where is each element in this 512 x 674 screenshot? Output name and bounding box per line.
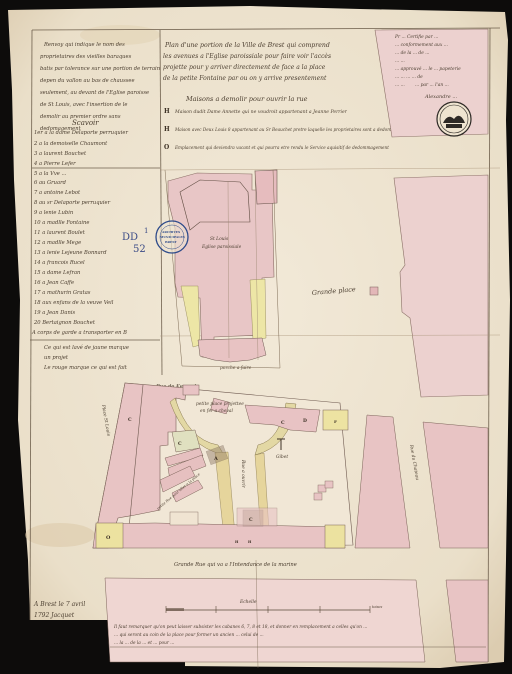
legend-entry: 8 au sr Delaporte perruquier bbox=[34, 200, 111, 206]
church-subtitle: Eglise paroissiale bbox=[201, 245, 242, 250]
legend-intro-0: Renvoy qui indique le nom des bbox=[43, 42, 125, 48]
archive-code-number: 52 bbox=[133, 244, 146, 255]
legend-entry: 17 a mathurin Gratas bbox=[34, 290, 91, 296]
cert-line: ... ... bbox=[395, 83, 405, 88]
legend-entry: 20 Bertaignon Bouchet bbox=[33, 320, 96, 326]
seal-icon bbox=[437, 102, 471, 136]
legend-intro-4: seulement, au devant de l'Eglise paroiss… bbox=[40, 90, 149, 96]
legend-entry: 18 aux enfans de la veuve Veil bbox=[34, 300, 114, 306]
legend-entry: 15 a dame Lefran bbox=[34, 270, 80, 276]
item-text: Maison avec Deux Louis 8 appartenant au … bbox=[174, 127, 402, 132]
footer-year: 1792 Jacquet bbox=[34, 612, 75, 619]
legend-note-c: un projet bbox=[44, 355, 69, 361]
legend-entry: 6 au Gruard bbox=[34, 180, 67, 186]
small-parcel bbox=[370, 287, 378, 295]
cert-date: ... par ... l'an ... bbox=[415, 83, 449, 88]
footer-note-line: ... la ... de la ... et ... pour ... bbox=[114, 641, 174, 646]
legend-entry: 3 a laurent Bouchet bbox=[34, 151, 87, 157]
legend-note-d: Le rouge marque ce qui est fait bbox=[43, 365, 128, 371]
item-mark: H bbox=[164, 108, 170, 115]
scale-title: Echelle bbox=[239, 600, 257, 605]
legend-intro-2: batis par tolerance sur une portion de t… bbox=[40, 66, 160, 72]
fer-a-cheval-label: en fer a cheval bbox=[200, 409, 234, 414]
stamp-line: MUNICIPALES bbox=[160, 235, 185, 239]
legend-entry: 12 a madlle Mege bbox=[34, 240, 81, 246]
parcel-mark: C bbox=[249, 517, 253, 523]
archive-stamp: ARCHIVES MUNICIPALES BREST bbox=[156, 221, 188, 253]
item-text: Emplacement qui deviendra vacant et qui … bbox=[174, 145, 389, 150]
legend-entry: 13 a lenie Lejeune Bonnard bbox=[34, 250, 107, 256]
stamp-line: ARCHIVES bbox=[161, 230, 180, 234]
legend-entry: 4 a Pierre Lefer bbox=[33, 161, 76, 167]
parcel-mark: C bbox=[178, 441, 182, 447]
archive-code-letters: DD bbox=[122, 232, 138, 243]
legend-entry: 2 a la demoiselle Chaumont bbox=[33, 141, 108, 147]
lower-block: C C C C A D F O H H petite place projett… bbox=[93, 383, 353, 548]
legend-note-a: A corps de garde a transporter en B bbox=[31, 330, 127, 336]
parcel-mark: O bbox=[106, 535, 111, 541]
cert-signature: Alexandre ... bbox=[424, 94, 458, 100]
item-mark: H bbox=[164, 126, 170, 133]
item-text: Maison dudit Dame Annette qui ne voudroi… bbox=[174, 109, 348, 115]
legend-entry: 14 a francois Rucel bbox=[34, 260, 85, 266]
stamp-line: BREST bbox=[165, 240, 177, 244]
cert-line: ... de la ... de ... bbox=[395, 51, 429, 56]
footer-note-line: ... qui seront au coin de la place pour … bbox=[114, 633, 264, 638]
title-line-3: de la petite Fontaine par ou on y arrive… bbox=[163, 75, 327, 82]
archive-code-superscript: 1 bbox=[144, 227, 148, 235]
rue-a-ouvrir-label: Rue a ouvrir bbox=[240, 459, 245, 489]
title-line-0: Plan d'une portion de la Ville de Brest … bbox=[164, 42, 330, 49]
legend-note-b: Ce qui est lavé de jaune marque bbox=[44, 344, 129, 351]
section-heading: Maisons a demolir pour ouvrir la rue bbox=[185, 95, 308, 103]
parcel-mark: D bbox=[303, 418, 307, 424]
legend-entry: 11 a laurent Boulet bbox=[34, 230, 86, 236]
parcel-mark: A bbox=[213, 456, 218, 462]
gibet-label: Gibet bbox=[276, 455, 288, 460]
parcel-mark: F bbox=[334, 419, 337, 424]
legend-entry: 16 a Jean Caffe bbox=[34, 280, 74, 286]
scale-unit: toises bbox=[372, 605, 383, 609]
legend-intro-1: proprietaires des vieilles baraques bbox=[40, 54, 132, 60]
parcel-bottom-long bbox=[105, 578, 425, 662]
cert-line: ... ... ... ... de bbox=[395, 75, 423, 80]
title-line-2: projette pour y arriver directement de f… bbox=[163, 64, 326, 71]
parcel-mark: C bbox=[281, 420, 285, 426]
parcel-mark: C bbox=[128, 417, 132, 423]
footer-note-line: Il faut remarquer qu'on peut laisser sub… bbox=[113, 625, 367, 630]
map-sheet: Renvoy qui indique le nom des proprietai… bbox=[0, 0, 512, 674]
legend-entry: 7 a antoine Lebot bbox=[34, 190, 81, 196]
cert-line: ... ... bbox=[395, 59, 405, 64]
legend-entry: 9 a lenie Lubin bbox=[34, 210, 73, 216]
legend-heading: Scavoir bbox=[72, 119, 99, 127]
legend-entry: 1er a la dame Delaporte perruquier bbox=[34, 130, 128, 136]
cert-line: ... approuvé ... le ... papeterie bbox=[395, 67, 461, 72]
cert-line: Pr ... Certifie par ... bbox=[394, 35, 438, 40]
petite-place-label: petite place projettee bbox=[196, 402, 244, 407]
legend-intro-3: depen du vallon au bas de chaussee bbox=[40, 78, 135, 84]
title-line-1: les avenues a l'Eglise paroissiale pour … bbox=[163, 53, 331, 60]
legend-intro-5: de St Louis, avec l'insertion de le bbox=[40, 102, 127, 108]
legend-entry: 10 a madlle Fontaine bbox=[34, 220, 89, 226]
legend-entry: 5 a la Vve ... bbox=[34, 171, 67, 177]
legend-entry: 19 a Jean Danis bbox=[34, 310, 75, 316]
footer-date: A Brest le 7 avril bbox=[33, 601, 85, 608]
cert-line: ... conformement aux ... bbox=[395, 43, 448, 48]
church-name: St Louis bbox=[210, 237, 229, 242]
grande-rue-label: Grande Rue qui va a l'Intendance de la m… bbox=[174, 562, 297, 568]
item-mark: O bbox=[164, 144, 169, 151]
